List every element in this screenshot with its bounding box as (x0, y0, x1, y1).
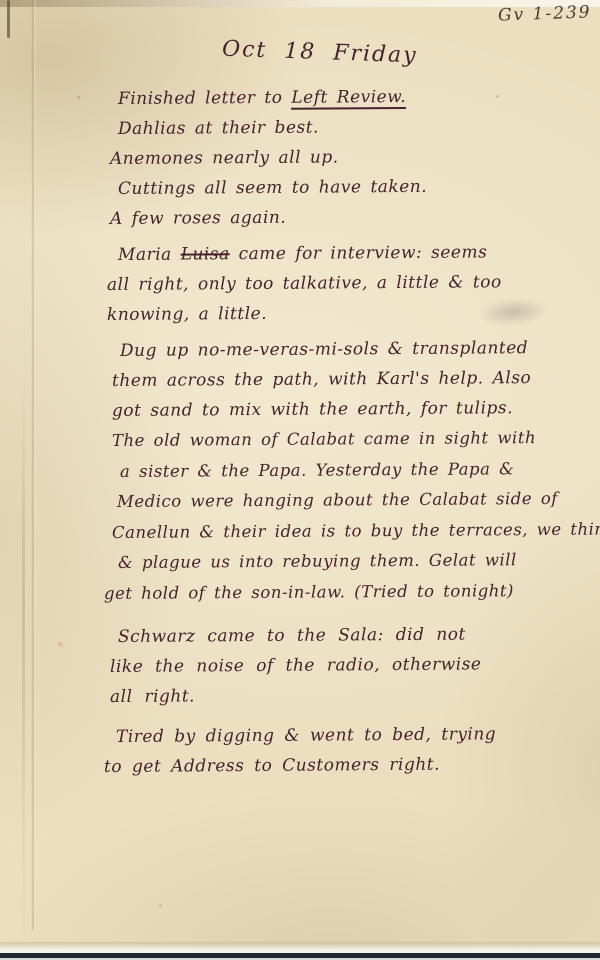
handwritten-line: get hold of the son-in-law. (Tried to to… (104, 575, 600, 609)
garden-notes-paragraph: Finished letter to Left Review. Dahlias … (118, 84, 427, 234)
digging-paragraph: Dug up no-me-veras-mi-sols & transplante… (120, 336, 531, 426)
calabat-paragraph: The old woman of Calabat came in sight w… (112, 426, 600, 609)
handwritten-line: all right, only too talkative, a little … (107, 267, 502, 300)
handwritten-line: Maria Luisa came for interview: seems (118, 237, 502, 270)
date-heading: Oct 18 Friday (222, 37, 418, 69)
maria-luisa-paragraph: Maria Luisa came for interview: seems al… (118, 240, 502, 330)
schwarz-paragraph: Schwarz came to the Sala: did not like t… (118, 622, 481, 712)
handwritten-line: Canellun & their idea is to buy the terr… (112, 514, 600, 548)
handwritten-line: & plague us into rebuying them. Gelat wi… (118, 544, 600, 578)
handwritten-line: Tired by digging & went to bed, trying (116, 719, 496, 752)
handwritten-line: them across the path, with Karl's help. … (112, 363, 531, 396)
paper-crease (31, 0, 36, 930)
handwritten-line: A few roses again. (110, 202, 427, 234)
handwritten-line: Finished letter to Left Review. (118, 82, 427, 114)
paper-crease-lower (22, 380, 25, 940)
paper-speckles (0, 0, 1, 1)
scribbled-name: Luisa (181, 244, 230, 264)
paper-bottom-edge (0, 942, 600, 950)
diary-page-scan: Gv 1-239 Oct 18 Friday Finished letter t… (0, 0, 600, 960)
handwritten-line: knowing, a little. (107, 297, 502, 330)
finished-letter-text: Finished letter to (118, 88, 291, 109)
handwritten-line: got sand to mix with the earth, for tuli… (112, 393, 531, 426)
maria-line-rest: came for interview: seems (230, 242, 488, 264)
handwritten-line: Dug up no-me-veras-mi-sols & transplante… (120, 333, 531, 366)
handwritten-line: a sister & the Papa. Yesterday the Papa … (120, 453, 600, 487)
handwritten-line: all right. (110, 679, 482, 712)
handwritten-line: Dahlias at their best. (118, 112, 427, 144)
archive-reference: Gv 1-239 (498, 2, 592, 25)
maria-name: Maria (118, 245, 181, 265)
handwritten-line: Medico were hanging about the Calabat si… (117, 483, 600, 517)
handwritten-line: like the noise of the radio, otherwise (110, 649, 482, 682)
handwritten-line: to get Address to Customers right. (104, 749, 496, 782)
handwritten-line: The old woman of Calabat came in sight w… (112, 422, 600, 456)
paper-edge-mark (7, 0, 10, 38)
handwritten-line: Cuttings all seem to have taken. (118, 172, 427, 204)
handwritten-line: Anemones nearly all up. (110, 142, 427, 174)
underlined-left-review: Left Review. (291, 87, 406, 110)
closing-paragraph: Tired by digging & went to bed, trying t… (112, 722, 496, 782)
handwritten-line: Schwarz came to the Sala: did not (118, 619, 482, 652)
